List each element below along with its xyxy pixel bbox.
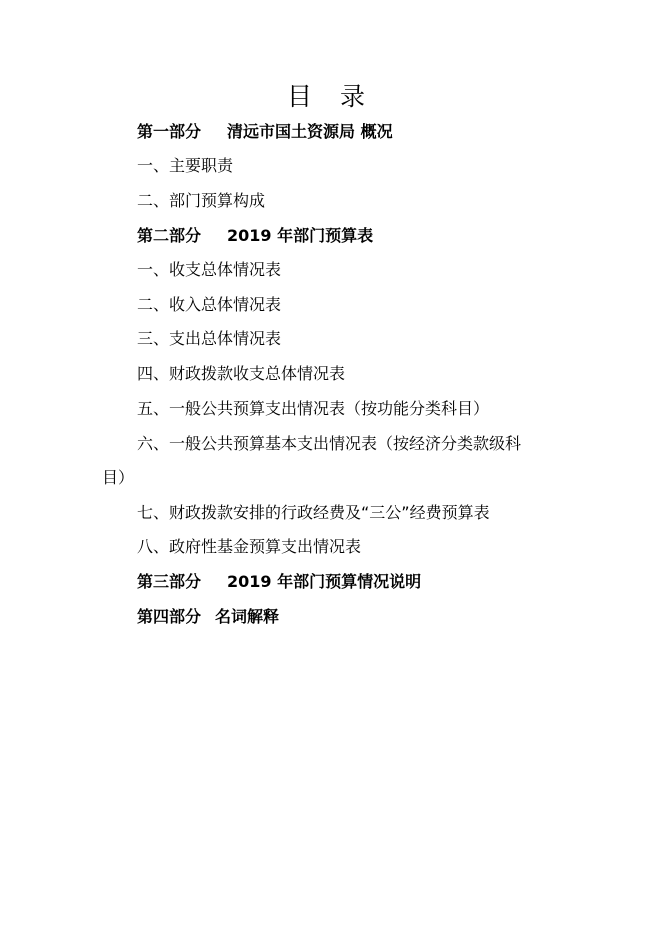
part-text: 2019 年部门预算表 bbox=[227, 226, 373, 245]
toc-item[interactable]: 一、收支总体情况表 bbox=[137, 259, 281, 281]
toc-item[interactable]: 一、主要职责 bbox=[137, 155, 233, 177]
toc-item[interactable]: 七、财政拨款安排的行政经费及“三公”经费预算表 bbox=[137, 502, 490, 524]
toc-item-continuation[interactable]: 目） bbox=[102, 467, 134, 489]
part-text: 名词解释 bbox=[215, 607, 279, 626]
part-label: 第三部分 bbox=[137, 572, 201, 591]
toc-item[interactable]: 二、部门预算构成 bbox=[137, 190, 265, 212]
toc-part2[interactable]: 第二部分2019 年部门预算表 bbox=[137, 225, 373, 247]
part-label: 第一部分 bbox=[137, 122, 201, 141]
part-text: 2019 年部门预算情况说明 bbox=[227, 572, 421, 591]
toc-item[interactable]: 八、政府性基金预算支出情况表 bbox=[137, 536, 361, 558]
toc-item[interactable]: 六、一般公共预算基本支出情况表（按经济分类款级科 bbox=[137, 433, 521, 455]
toc-item[interactable]: 二、收入总体情况表 bbox=[137, 294, 281, 316]
toc-part1[interactable]: 第一部分清远市国土资源局 概况 bbox=[137, 121, 393, 143]
toc-part3[interactable]: 第三部分2019 年部门预算情况说明 bbox=[137, 571, 421, 593]
toc-item[interactable]: 三、支出总体情况表 bbox=[137, 328, 281, 350]
toc-part4[interactable]: 第四部分名词解释 bbox=[137, 606, 279, 628]
part-label: 第四部分 bbox=[137, 607, 201, 626]
toc-item[interactable]: 五、一般公共预算支出情况表（按功能分类科目） bbox=[137, 398, 489, 420]
toc-item[interactable]: 四、财政拨款收支总体情况表 bbox=[137, 363, 345, 385]
page-title: 目 录 bbox=[0, 80, 662, 114]
part-text: 清远市国土资源局 概况 bbox=[227, 122, 393, 141]
part-label: 第二部分 bbox=[137, 226, 201, 245]
